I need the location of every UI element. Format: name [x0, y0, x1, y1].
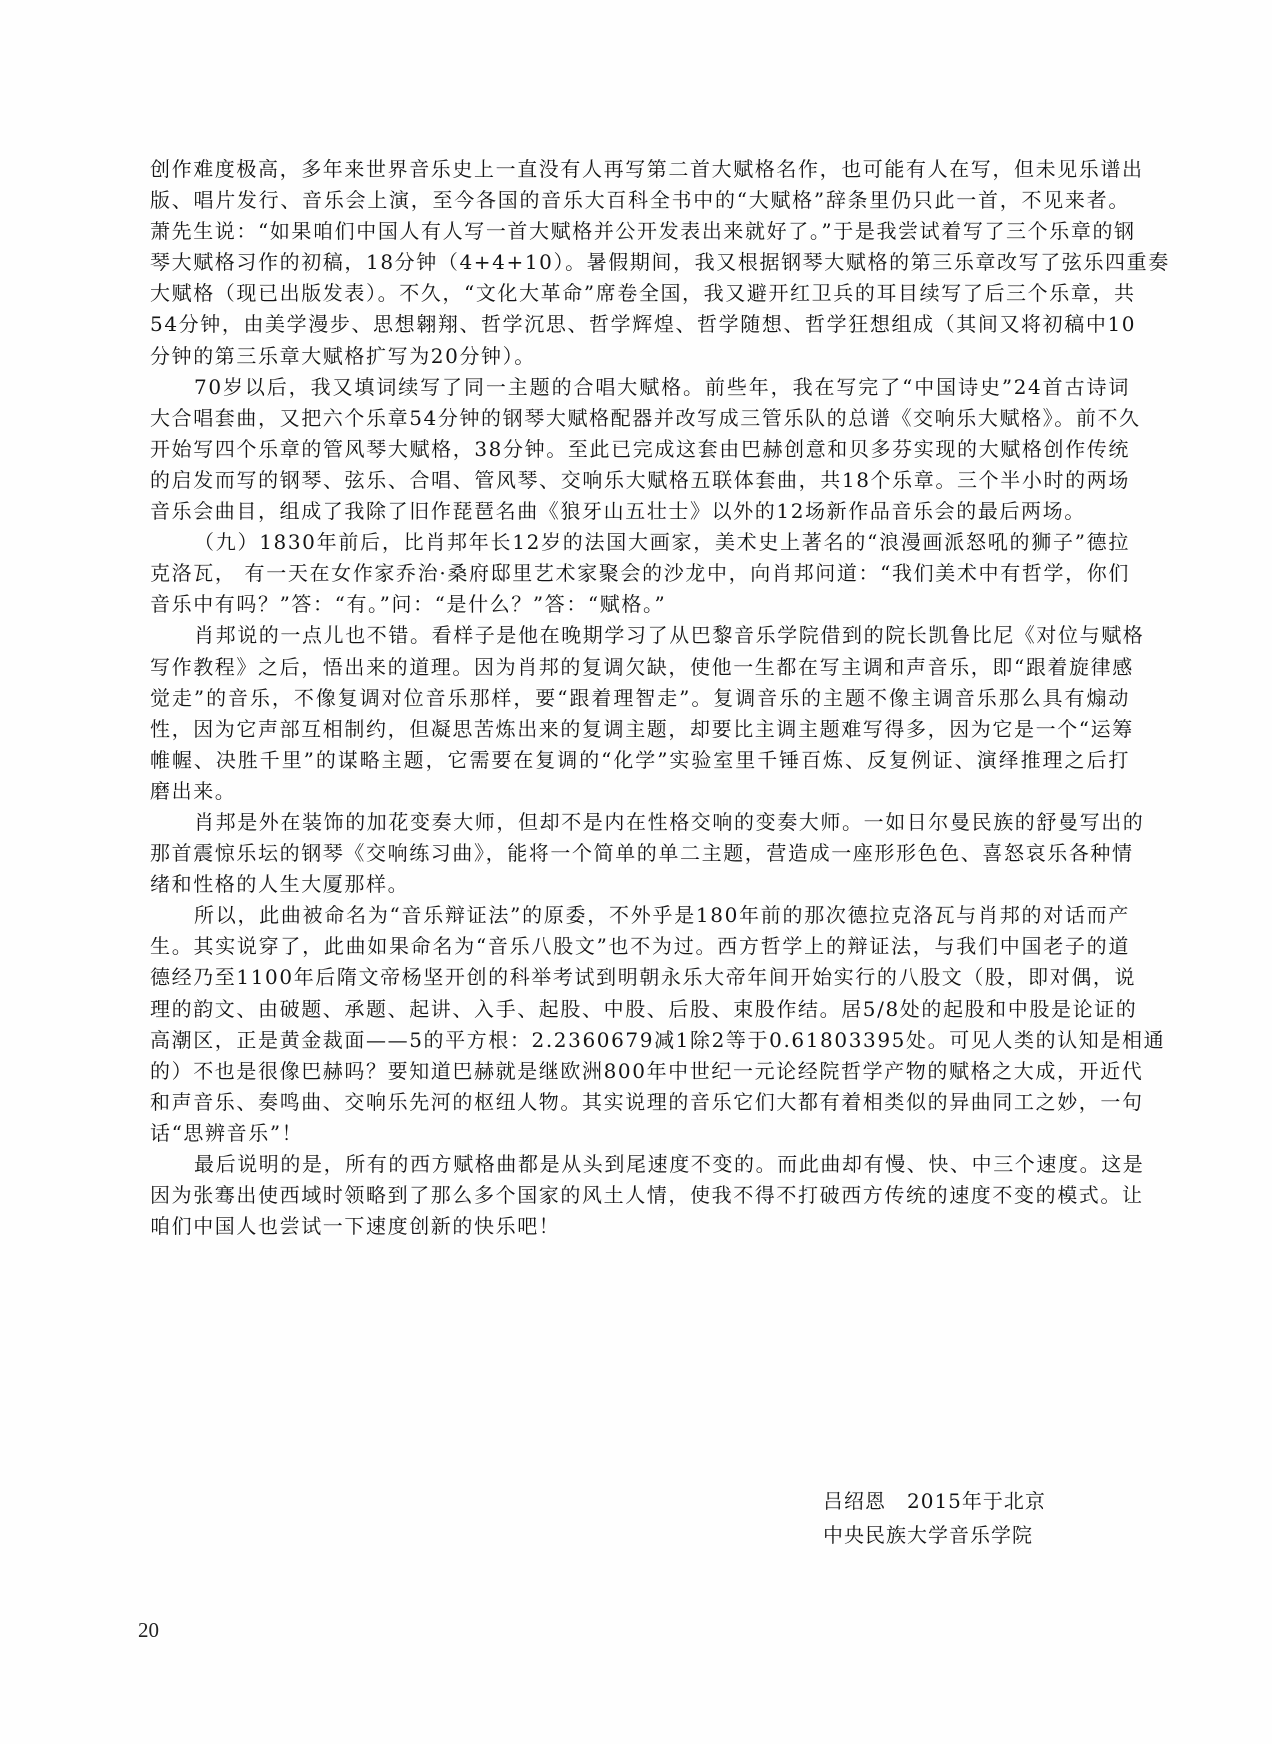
- text-line: 大赋格（现已出版发表）。不久，“文化大革命”席卷全国，我又避开红卫兵的耳目续写了…: [150, 278, 1130, 309]
- text-line: 克洛瓦， 有一天在女作家乔治·桑府邸里艺术家聚会的沙龙中，向肖邦问道：“我们美术…: [150, 558, 1130, 589]
- paragraph: 肖邦说的一点儿也不错。看样子是他在晚期学习了从巴黎音乐学院借到的院长凯鲁比尼《对…: [150, 620, 1130, 807]
- text-line: 肖邦说的一点儿也不错。看样子是他在晚期学习了从巴黎音乐学院借到的院长凯鲁比尼《对…: [150, 620, 1130, 651]
- text-line: （九）1830年前后，比肖邦年长12岁的法国大画家，美术史上著名的“浪漫画派怒吼…: [150, 527, 1130, 558]
- text-line: 54分钟，由美学漫步、思想翱翔、哲学沉思、哲学辉煌、哲学随想、哲学狂想组成（其间…: [150, 309, 1130, 340]
- text-line: 绪和性格的人生大厦那样。: [150, 869, 1130, 900]
- text-line: 话“思辨音乐”！: [150, 1118, 1130, 1149]
- text-line: 因为张骞出使西域时领略到了那么多个国家的风土人情，使我不得不打破西方传统的速度不…: [150, 1180, 1130, 1211]
- text-line: 大合唱套曲，又把六个乐章54分钟的钢琴大赋格配器并改写成三管乐队的总谱《交响乐大…: [150, 403, 1130, 434]
- paragraph: 创作难度极高，多年来世界音乐史上一直没有人再写第二首大赋格名作，也可能有人在写，…: [150, 154, 1130, 372]
- text-line: 和声音乐、奏鸣曲、交响乐先河的枢纽人物。其实说理的音乐它们大都有着相类似的异曲同…: [150, 1087, 1130, 1118]
- text-line: 德经乃至1100年后隋文帝杨坚开创的科举考试到明朝永乐大帝年间开始实行的八股文（…: [150, 962, 1130, 993]
- paragraph: 70岁以后，我又填词续写了同一主题的合唱大赋格。前些年，我在写完了“中国诗史”2…: [150, 372, 1130, 527]
- paragraph: （九）1830年前后，比肖邦年长12岁的法国大画家，美术史上著名的“浪漫画派怒吼…: [150, 527, 1130, 620]
- signature-block: 吕绍恩 2015年于北京 中央民族大学音乐学院: [823, 1484, 1046, 1552]
- text-line: 最后说明的是，所有的西方赋格曲都是从头到尾速度不变的。而此曲却有慢、快、中三个速…: [150, 1149, 1130, 1180]
- text-line: 创作难度极高，多年来世界音乐史上一直没有人再写第二首大赋格名作，也可能有人在写，…: [150, 154, 1130, 185]
- text-line: 萧先生说：“如果咱们中国人有人写一首大赋格并公开发表出来就好了。”于是我尝试着写…: [150, 216, 1130, 247]
- text-line: 咱们中国人也尝试一下速度创新的快乐吧！: [150, 1211, 1130, 1242]
- paragraph: 最后说明的是，所有的西方赋格曲都是从头到尾速度不变的。而此曲却有慢、快、中三个速…: [150, 1149, 1130, 1242]
- paragraph: 所以，此曲被命名为“音乐辩证法”的原委，不外乎是180年前的那次德拉克洛瓦与肖邦…: [150, 900, 1130, 1149]
- text-line: 版、唱片发行、音乐会上演，至今各国的音乐大百科全书中的“大赋格”辞条里仍只此一首…: [150, 185, 1130, 216]
- paragraph: 肖邦是外在装饰的加花变奏大师，但却不是内在性格交响的变奏大师。一如日尔曼民族的舒…: [150, 807, 1130, 900]
- text-line: 高潮区，正是黄金裁面——5的平方根：2.2360679减1除2等于0.61803…: [150, 1025, 1130, 1056]
- text-line: 生。其实说穿了，此曲如果命名为“音乐八股文”也不为过。西方哲学上的辩证法，与我们…: [150, 931, 1130, 962]
- text-line: 的启发而写的钢琴、弦乐、合唱、管风琴、交响乐大赋格五联体套曲，共18个乐章。三个…: [150, 465, 1130, 496]
- text-line: 磨出来。: [150, 776, 1130, 807]
- text-line: 70岁以后，我又填词续写了同一主题的合唱大赋格。前些年，我在写完了“中国诗史”2…: [150, 372, 1130, 403]
- text-line: 音乐会曲目，组成了我除了旧作琵琶名曲《狼牙山五壮士》以外的12场新作品音乐会的最…: [150, 496, 1130, 527]
- document-page: 创作难度极高，多年来世界音乐史上一直没有人再写第二首大赋格名作，也可能有人在写，…: [0, 0, 1272, 1744]
- text-line: 分钟的第三乐章大赋格扩写为20分钟）。: [150, 341, 1130, 372]
- body-text: 创作难度极高，多年来世界音乐史上一直没有人再写第二首大赋格名作，也可能有人在写，…: [150, 154, 1130, 1242]
- affiliation-line: 中央民族大学音乐学院: [823, 1518, 1046, 1552]
- text-line: 肖邦是外在装饰的加花变奏大师，但却不是内在性格交响的变奏大师。一如日尔曼民族的舒…: [150, 807, 1130, 838]
- text-line: 音乐中有吗？”答：“有。”问：“是什么？”答：“赋格。”: [150, 589, 1130, 620]
- text-line: 帷幄、决胜千里”的谋略主题，它需要在复调的“化学”实验室里千锤百炼、反复例证、演…: [150, 745, 1130, 776]
- text-line: 理的韵文、由破题、承题、起讲、入手、起股、中股、后股、束股作结。居5/8处的起股…: [150, 994, 1130, 1025]
- page-number: 20: [138, 1618, 159, 1643]
- text-line: 写作教程》之后，悟出来的道理。因为肖邦的复调欠缺，使他一生都在写主调和声音乐，即…: [150, 652, 1130, 683]
- text-line: 那首震惊乐坛的钢琴《交响练习曲》，能将一个简单的单二主题，营造成一座形形色色、喜…: [150, 838, 1130, 869]
- author-date-line: 吕绍恩 2015年于北京: [823, 1484, 1046, 1518]
- text-line: 觉走”的音乐，不像复调对位音乐那样，要“跟着理智走”。复调音乐的主题不像主调音乐…: [150, 683, 1130, 714]
- text-line: 的）不也是很像巴赫吗？要知道巴赫就是继欧洲800年中世纪一元论经院哲学产物的赋格…: [150, 1056, 1130, 1087]
- text-line: 琴大赋格习作的初稿，18分钟（4+4+10）。暑假期间，我又根据钢琴大赋格的第三…: [150, 247, 1130, 278]
- text-line: 性，因为它声部互相制约，但凝思苦炼出来的复调主题，却要比主调主题难写得多，因为它…: [150, 714, 1130, 745]
- text-line: 开始写四个乐章的管风琴大赋格，38分钟。至此已完成这套由巴赫创意和贝多芬实现的大…: [150, 434, 1130, 465]
- text-line: 所以，此曲被命名为“音乐辩证法”的原委，不外乎是180年前的那次德拉克洛瓦与肖邦…: [150, 900, 1130, 931]
